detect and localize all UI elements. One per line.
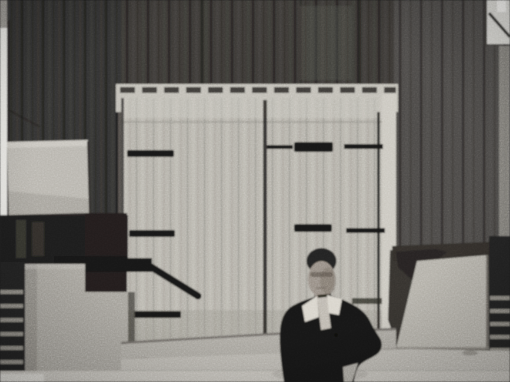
- film-grain-overlay: [0, 0, 510, 382]
- photograph: [0, 0, 510, 382]
- photo-canvas: [0, 0, 510, 382]
